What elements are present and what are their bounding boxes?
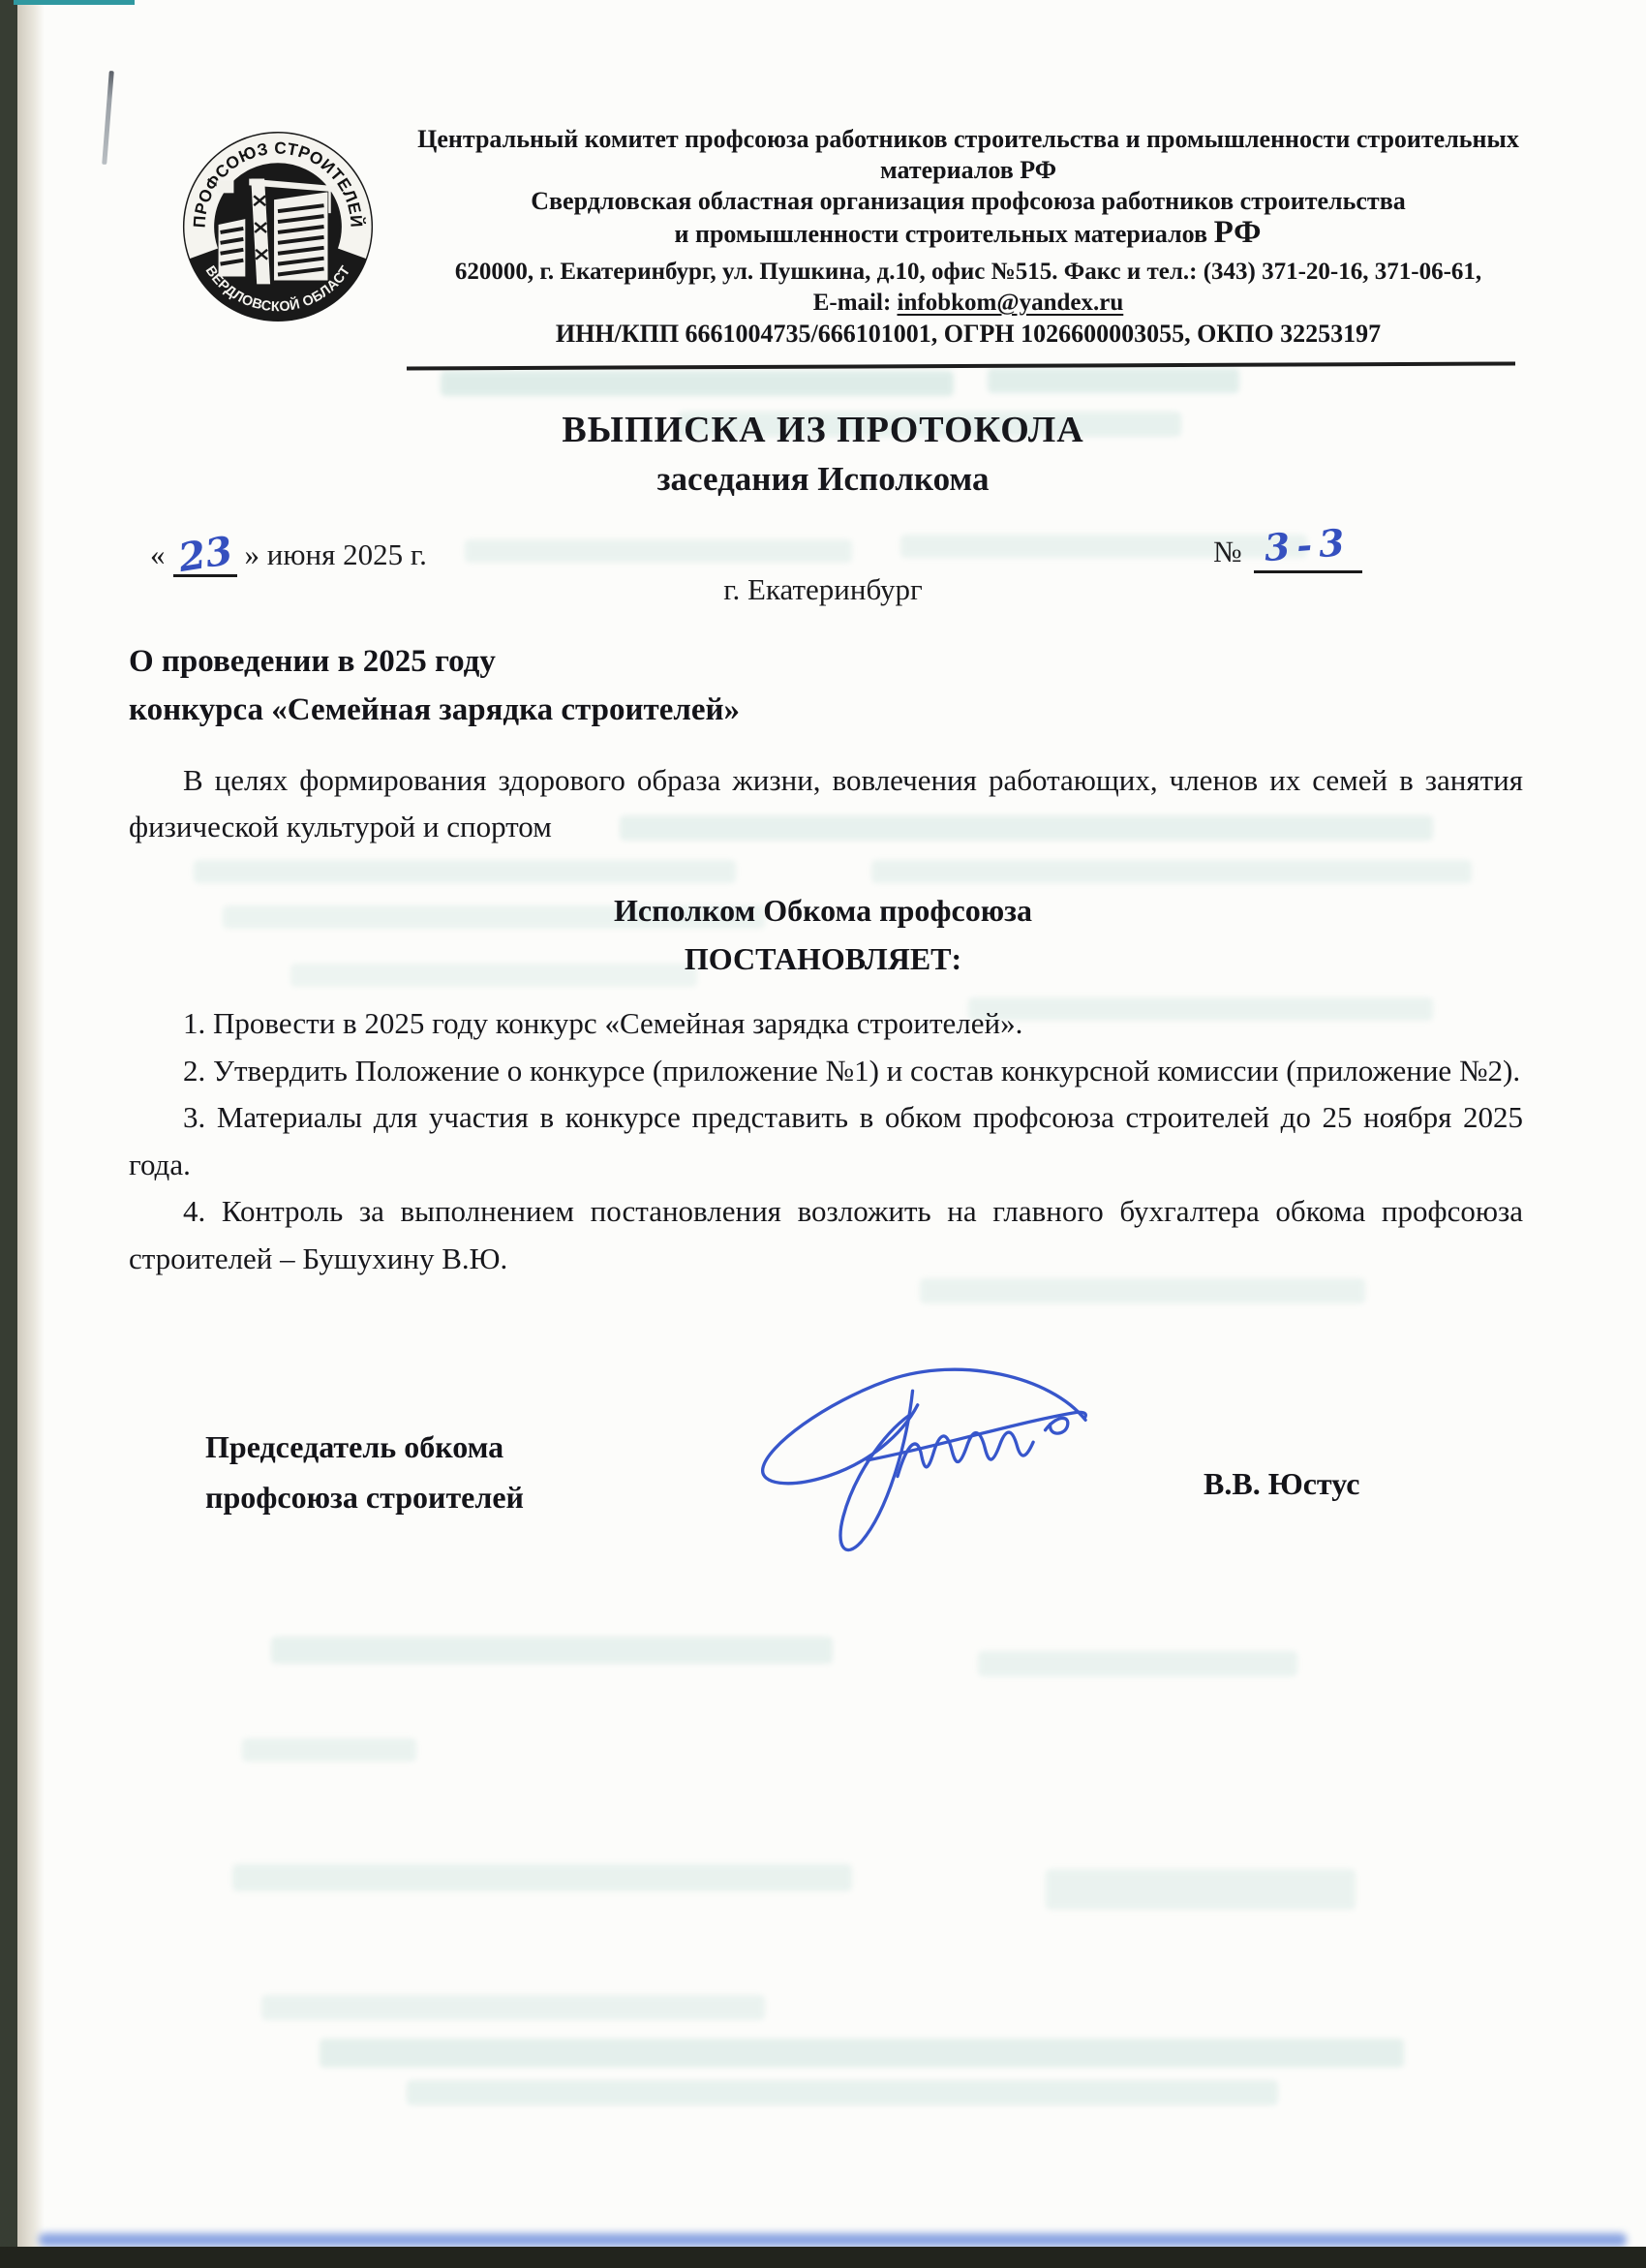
- scan-edge-bottom: [0, 2247, 1646, 2268]
- letterhead-requisites: ИНН/КПП 6661004735/666101001, ОГРН 10266…: [416, 319, 1520, 350]
- letterhead-org-line3: и промышленности строительных материалов…: [416, 217, 1520, 250]
- date-line: «23» июня 2025 г.: [150, 529, 427, 577]
- letterhead-address: 620000, г. Екатеринбург, ул. Пушкина, д.…: [416, 257, 1520, 288]
- date-open-quote: «: [150, 537, 166, 571]
- subject-line1: О проведении в 2025 году: [129, 637, 740, 686]
- resolution-item-2: 2. Утвердить Положение о конкурсе (прило…: [129, 1048, 1523, 1095]
- subject-line2: конкурса «Семейная зарядка строителей»: [129, 686, 740, 734]
- signer-position: Председатель обкома профсоюза строителей: [205, 1422, 524, 1522]
- scan-bleed-artifact: [320, 2038, 1404, 2068]
- letterhead: Центральный комитет профсоюза работников…: [416, 124, 1520, 350]
- union-logo: ПРОФСОЮЗ СТРОИТЕЛЕЙ СВЕРДЛОВСКОЙ ОБЛАСТИ: [177, 126, 379, 327]
- resolution-items: 1. Провести в 2025 году конкурс «Семейна…: [129, 1000, 1523, 1282]
- resolution-heading: Исполком Обкома профсоюза ПОСТАНОВЛЯЕТ:: [0, 886, 1646, 983]
- handwritten-number: 3-3: [1263, 520, 1353, 569]
- resolution-item-1: 1. Провести в 2025 году конкурс «Семейна…: [129, 1000, 1523, 1048]
- scan-edge-bottom-glow: [39, 2233, 1627, 2247]
- scan-bleed-artifact: [978, 1651, 1297, 1676]
- scan-edge-left: [0, 0, 17, 2268]
- document-number-line: №3-3: [1213, 527, 1362, 573]
- scan-edge-paper: [17, 0, 45, 2268]
- letterhead-org-line1: Центральный комитет профсоюза работников…: [416, 124, 1520, 186]
- staple-mark-artifact: [102, 71, 114, 165]
- resolution-org: Исполком Обкома профсоюза: [0, 886, 1646, 935]
- letterhead-org-line3-text: и промышленности строительных материалов: [674, 220, 1213, 248]
- date-close-quote: »: [245, 537, 260, 571]
- letterhead-org-line2: Свердловская областная организация профс…: [416, 186, 1520, 217]
- number-blank: 3-3: [1254, 527, 1362, 573]
- scanned-document: ПРОФСОЮЗ СТРОИТЕЛЕЙ СВЕРДЛОВСКОЙ ОБЛАСТИ: [0, 0, 1646, 2268]
- date-month-year: июня 2025 г.: [259, 537, 427, 571]
- subject-block: О проведении в 2025 году конкурса «Семей…: [129, 637, 740, 734]
- scan-edge-top: [14, 0, 135, 5]
- handwritten-signature: [747, 1358, 1102, 1569]
- scan-bleed-artifact: [261, 1995, 765, 2020]
- email-address: infobkom@yandex.ru: [898, 290, 1124, 316]
- scan-bleed-artifact: [242, 1738, 416, 1762]
- signer-name: В.В. Юстус: [1204, 1466, 1359, 1502]
- scan-bleed-artifact: [194, 860, 736, 883]
- letterhead-org-line3-rf: РФ: [1214, 215, 1263, 250]
- document-title: ВЫПИСКА ИЗ ПРОТОКОЛА: [0, 409, 1646, 451]
- document-title-block: ВЫПИСКА ИЗ ПРОТОКОЛА заседания Исполкома: [0, 409, 1646, 499]
- email-label: E-mail:: [813, 290, 898, 316]
- scan-bleed-artifact: [232, 1864, 852, 1891]
- signer-position-line1: Председатель обкома: [205, 1422, 524, 1472]
- resolution-item-3: 3. Материалы для участия в конкурсе пред…: [129, 1094, 1523, 1188]
- signer-position-line2: профсоюза строителей: [205, 1472, 524, 1522]
- scan-bleed-artifact: [271, 1637, 833, 1664]
- union-logo-emblem: ПРОФСОЮЗ СТРОИТЕЛЕЙ СВЕРДЛОВСКОЙ ОБЛАСТИ: [177, 126, 379, 327]
- scan-bleed-artifact: [465, 539, 852, 563]
- scan-bleed-artifact: [988, 368, 1239, 393]
- date-day-blank: 23: [173, 529, 237, 577]
- resolution-verb: ПОСТАНОВЛЯЕТ:: [0, 935, 1646, 983]
- number-sign: №: [1213, 535, 1242, 568]
- scan-bleed-artifact: [871, 860, 1472, 883]
- scan-bleed-artifact: [441, 371, 954, 396]
- letterhead-divider-rule: [407, 362, 1515, 371]
- scan-bleed-artifact: [1046, 1869, 1356, 1910]
- letterhead-email-line: E-mail: infobkom@yandex.ru: [416, 288, 1520, 319]
- resolution-item-4: 4. Контроль за выполнением постановления…: [129, 1188, 1523, 1282]
- scan-bleed-artifact: [407, 2080, 1278, 2105]
- document-place: г. Екатеринбург: [136, 572, 1510, 607]
- document-subtitle: заседания Исполкома: [0, 460, 1646, 499]
- intro-paragraph: В целях формирования здорового образа жи…: [129, 757, 1523, 850]
